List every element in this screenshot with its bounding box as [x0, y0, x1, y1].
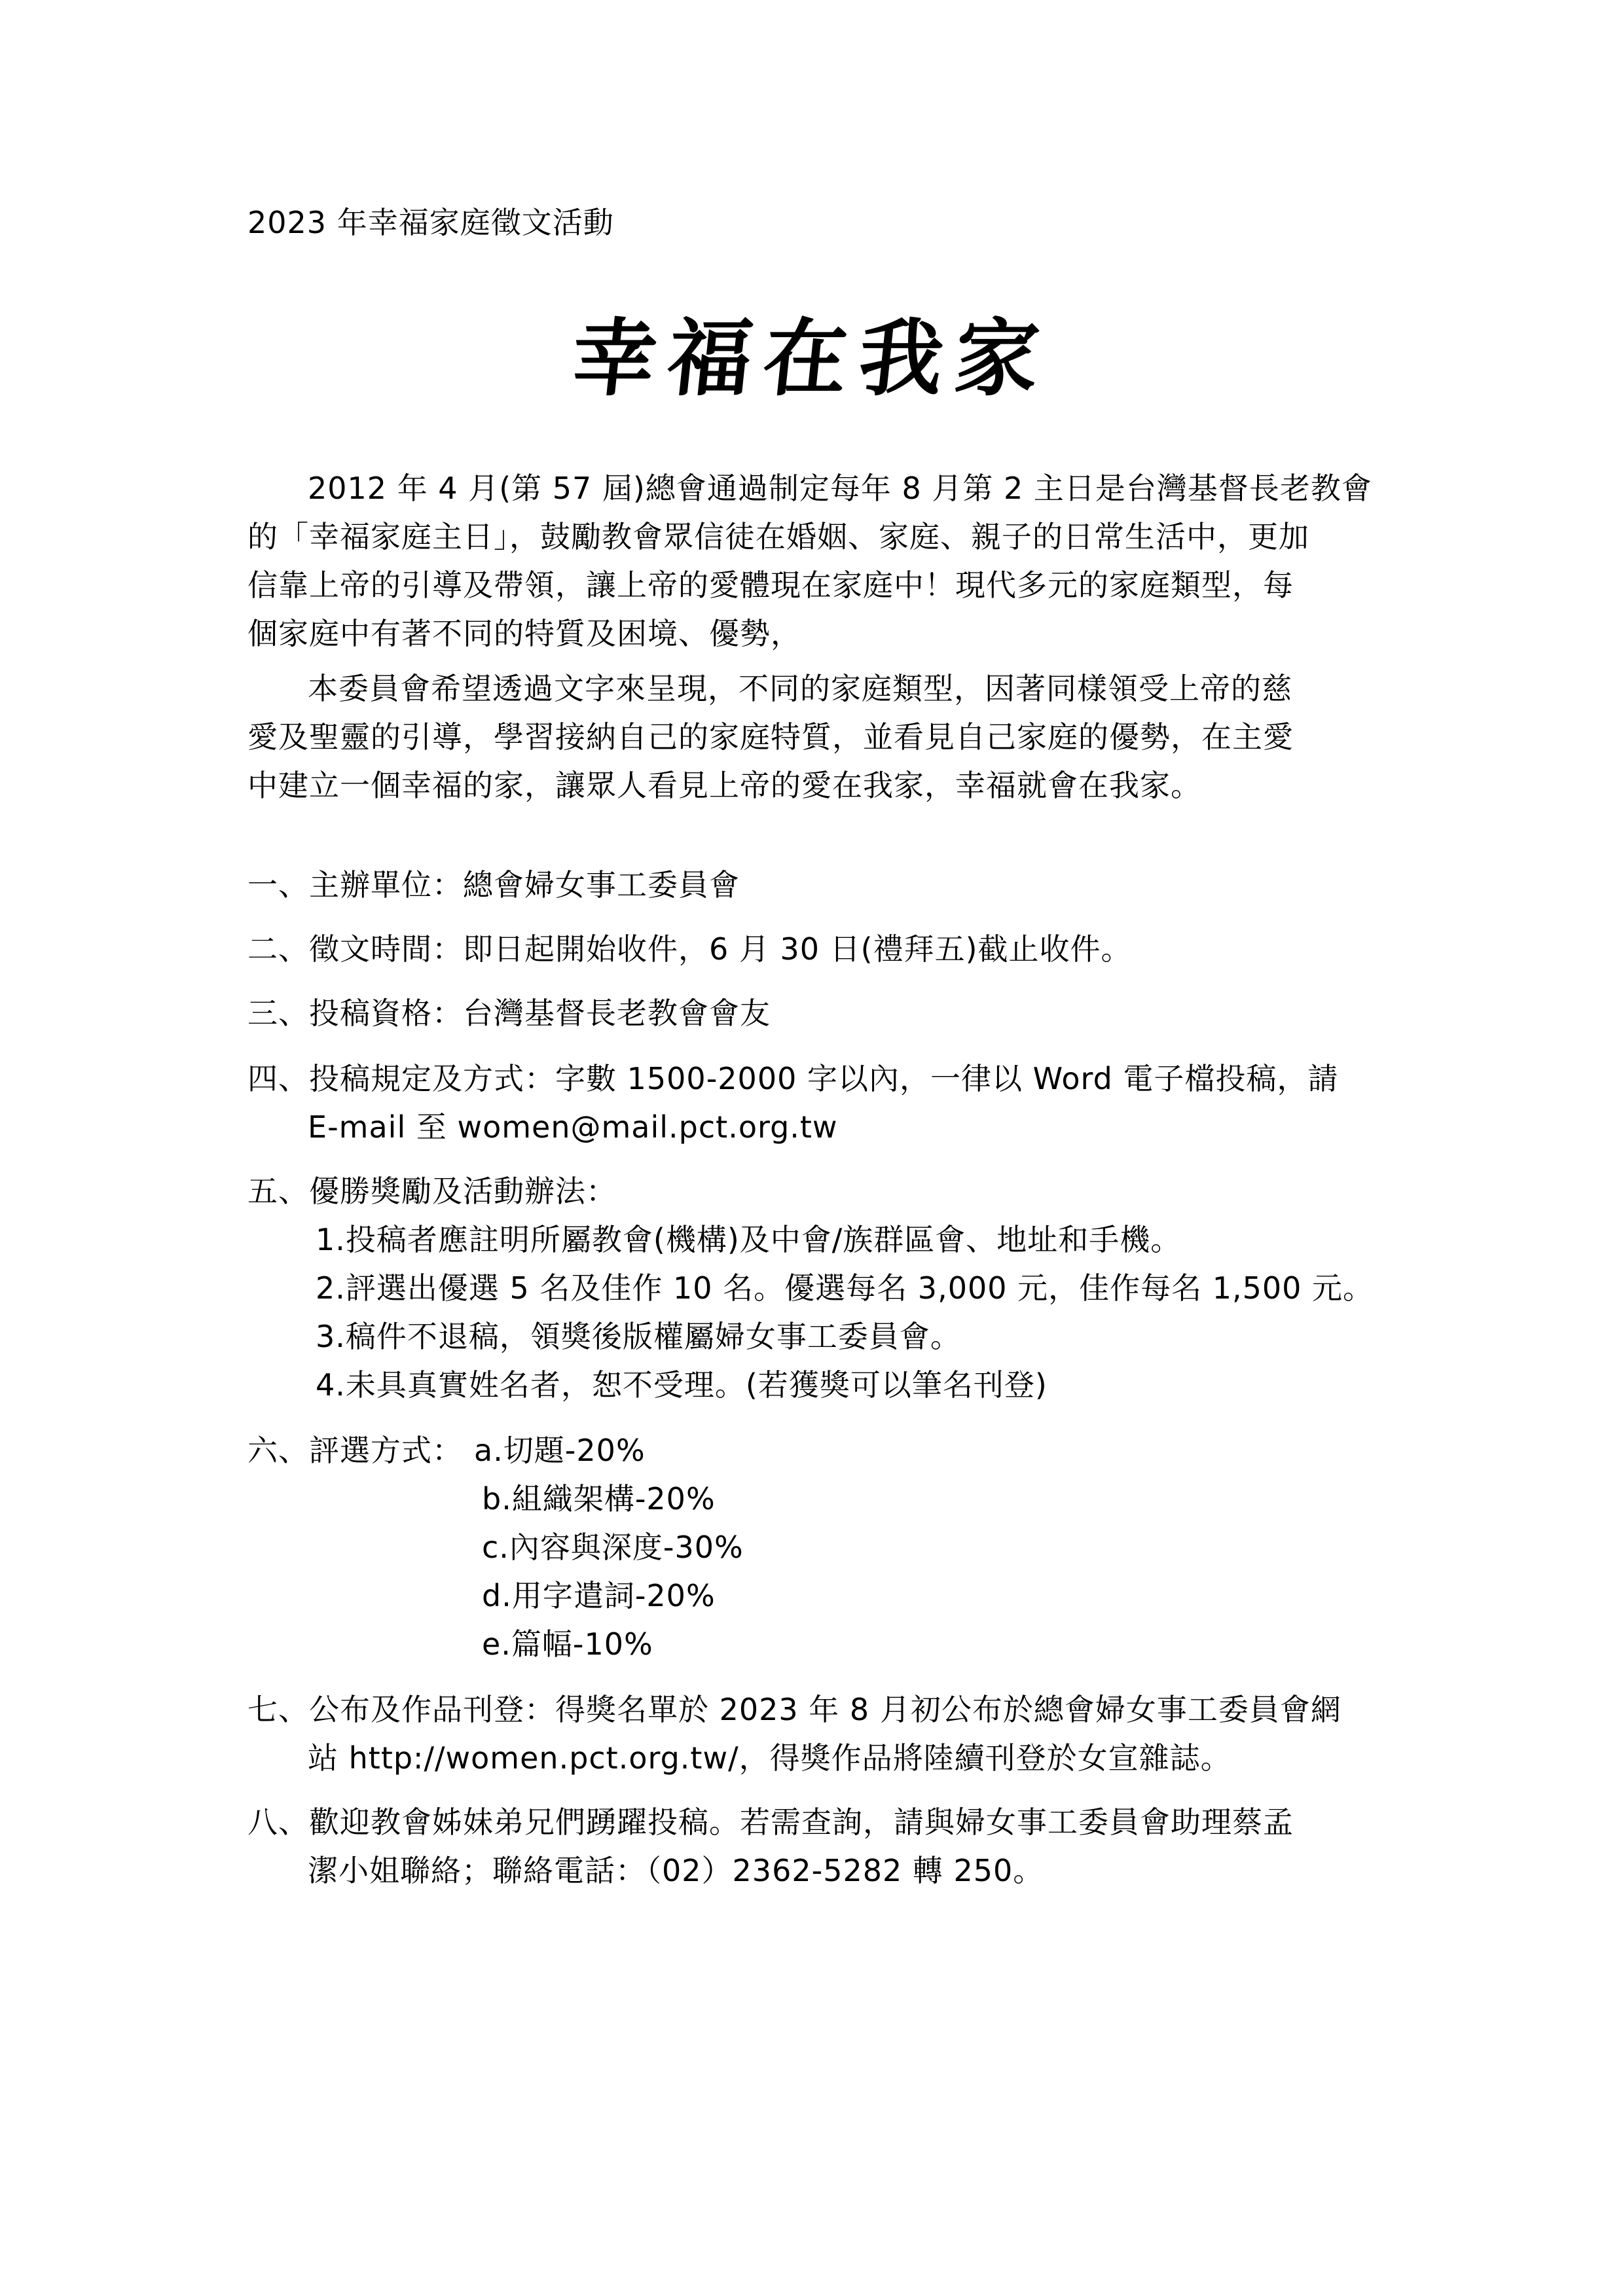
section-judging-label: 六、評選方式：: [247, 1431, 463, 1470]
intro-p2-line-2: 愛及聖靈的引導，學習接納自己的家庭特質，並看見自己家庭的優勢，在主愛: [247, 717, 1294, 757]
section-contact-line-2: 潔小姐聯絡；聯絡電話：（02）2362-5282 轉 250。: [308, 1851, 1044, 1890]
intro-p1-line-2: 的「幸福家庭主日」，鼓勵教會眾信徒在婚姻、家庭、親子的日常生活中，更加: [247, 517, 1309, 556]
intro-p1-line-4: 個家庭中有著不同的特質及困境、優勢，: [247, 614, 801, 653]
judging-criterion-d: d.用字遣詞-20%: [482, 1576, 716, 1615]
document-page: 2023 年幸福家庭徵文活動 幸福在我家 2012 年 4 月(第 57 屆)總…: [0, 0, 1623, 2296]
judging-criterion-a: a.切題-20%: [474, 1431, 646, 1470]
section-announcement-line-2: 站 http://women.pct.org.tw/，得獎作品將陸續刊登於女宣雜…: [308, 1738, 1231, 1778]
section-submission-period: 二、徵文時間：即日起開始收件，6 月 30 日(禮拜五)截止收件。: [247, 929, 1132, 969]
page-title: 幸福在我家: [0, 306, 1623, 411]
intro-p2-line-3: 中建立一個幸福的家，讓眾人看見上帝的愛在我家，幸福就會在我家。: [247, 766, 1201, 805]
section-submission-rules-line-1: 四、投稿規定及方式：字數 1500-2000 字以內，一律以 Word 電子檔投…: [247, 1059, 1338, 1098]
section-organizer: 一、主辦單位：總會婦女事工委員會: [247, 865, 740, 905]
awards-item-4: 4.未具真實姓名者，恕不受理。(若獲獎可以筆名刊登): [316, 1365, 1048, 1405]
section-submission-rules-line-2: E-mail 至 women@mail.pct.org.tw: [308, 1107, 838, 1147]
awards-item-1: 1.投稿者應註明所屬教會(機構)及中會/族群區會、地址和手機。: [316, 1220, 1181, 1259]
judging-criterion-b: b.組織架構-20%: [482, 1479, 716, 1518]
event-subtitle: 2023 年幸福家庭徵文活動: [247, 203, 614, 242]
judging-criterion-c: c.內容與深度-30%: [482, 1528, 744, 1567]
section-contact-line-1: 八、歡迎教會姊妹弟兄們踴躍投稿。若需查詢，請與婦女事工委員會助理蔡孟: [247, 1803, 1294, 1842]
intro-p1-line-1: 2012 年 4 月(第 57 屆)總會通過制定每年 8 月第 2 主日是台灣基…: [247, 469, 1372, 508]
section-announcement-line-1: 七、公布及作品刊登：得獎名單於 2023 年 8 月初公布於總會婦女事工委員會網: [247, 1690, 1341, 1729]
awards-item-3: 3.稿件不退稿，領獎後版權屬婦女事工委員會。: [316, 1317, 961, 1356]
intro-p2-line-1: 本委員會希望透過文字來呈現，不同的家庭類型，因著同樣領受上帝的慈: [247, 669, 1292, 708]
section-awards-heading: 五、優勝獎勵及活動辦法：: [247, 1172, 617, 1211]
judging-criterion-e: e.篇幅-10%: [482, 1624, 653, 1664]
awards-item-2: 2.評選出優選 5 名及佳作 10 名。優選每名 3,000 元，佳作每名 1,…: [316, 1268, 1374, 1308]
intro-p1-line-3: 信靠上帝的引導及帶領，讓上帝的愛體現在家庭中！現代多元的家庭類型，每: [247, 565, 1294, 605]
section-eligibility: 三、投稿資格：台灣基督長老教會會友: [247, 994, 771, 1033]
